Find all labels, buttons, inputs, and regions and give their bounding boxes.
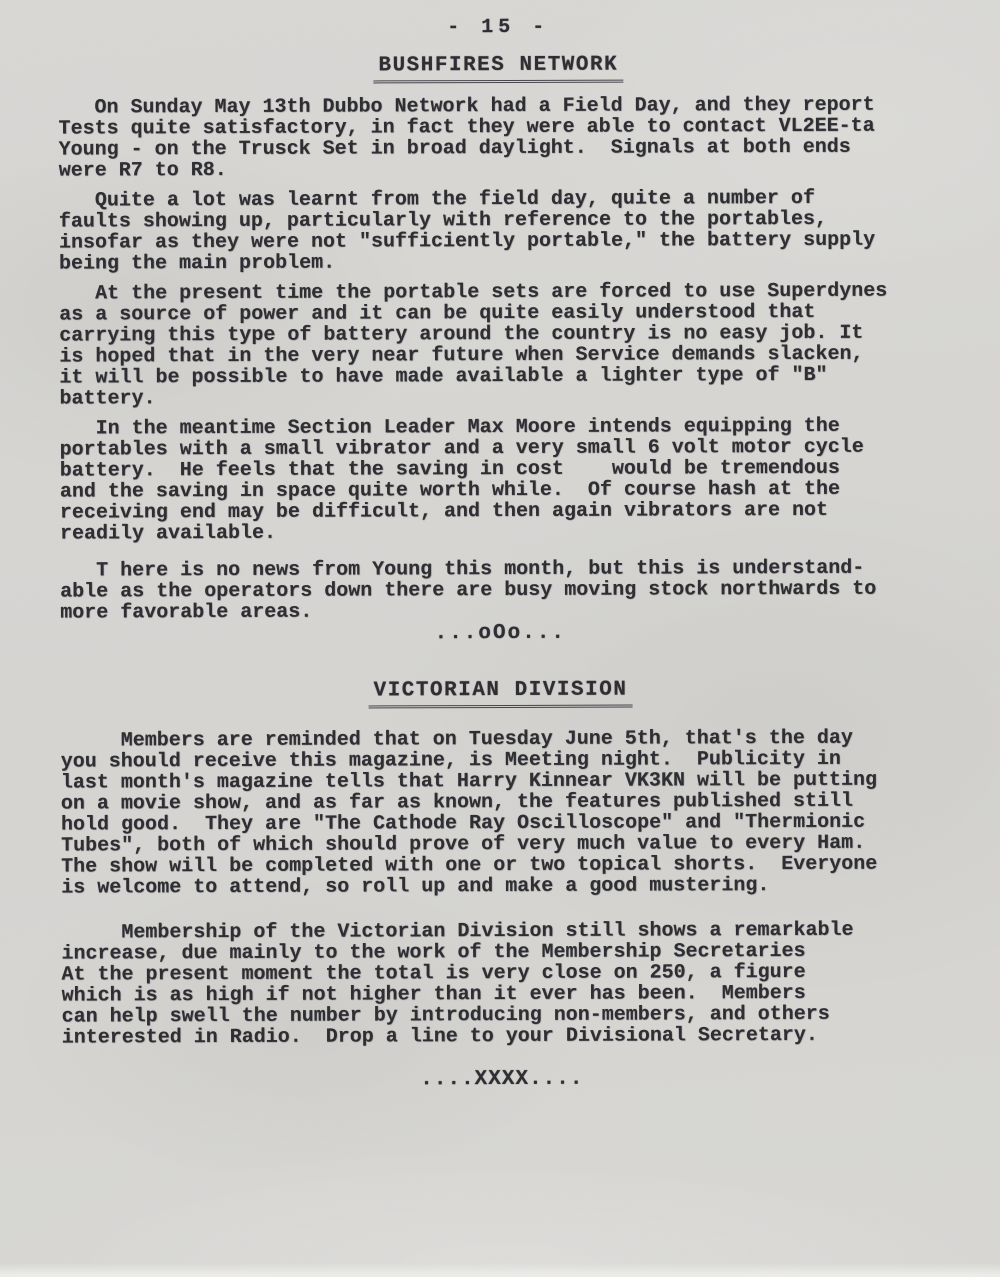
page-number: - 15 -: [0, 0, 998, 41]
paragraph-membership-increase: Membership of the Victorian Division sti…: [61, 919, 951, 1048]
paragraph-meeting-night-movie-show: Members are reminded that on Tuesday Jun…: [61, 727, 952, 898]
section-title-bushfires-network: BUSHFIRES NETWORK: [373, 54, 623, 84]
section-heading-wrap: BUSHFIRES NETWORK: [0, 52, 998, 84]
section-heading-wrap: VICTORIAN DIVISION: [0, 677, 1000, 709]
page-end-divider-xxxx: ....XXXX....: [2, 1067, 1000, 1091]
scanned-newsletter-page: - 15 - BUSHFIRES NETWORK On Sunday May 1…: [0, 0, 1000, 1277]
page-bottom-edge: [0, 1263, 1000, 1277]
paragraph-no-news-from-young: T here is no news from Young this month,…: [60, 557, 950, 623]
section-divider-ooo: ...oOo...: [0, 621, 1000, 645]
section-title-victorian-division: VICTORIAN DIVISION: [369, 679, 633, 709]
paragraph-superdynes-battery: At the present time the portable sets ar…: [59, 280, 949, 409]
paragraph-faults-portables: Quite a lot was learnt from the field da…: [59, 187, 949, 274]
paragraph-max-moore-vibrator: In the meantime Section Leader Max Moore…: [60, 415, 950, 544]
page-content: - 15 - BUSHFIRES NETWORK On Sunday May 1…: [0, 0, 1000, 1092]
paragraph-field-day-report: On Sunday May 13th Dubbo Network had a F…: [58, 94, 948, 181]
